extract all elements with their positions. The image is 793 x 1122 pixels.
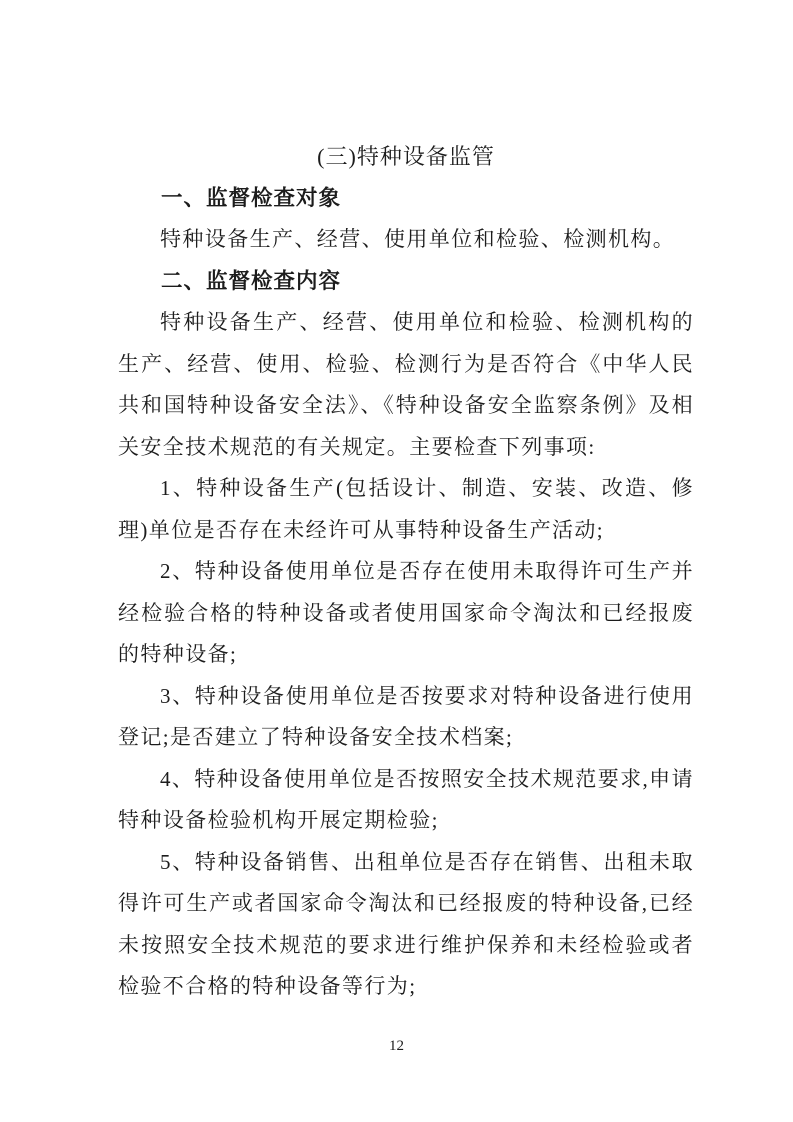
section-heading-inspection-target: 一、监督检查对象 [118,178,694,220]
paragraph-inspection-target: 特种设备生产、经营、使用单位和检验、检测机构。 [118,219,694,261]
section-heading-inspection-content: 二、监督检查内容 [118,261,694,303]
document-title: (三)特种设备监管 [118,136,694,178]
page-number: 12 [0,1036,793,1056]
document-content: (三)特种设备监管 一、监督检查对象 特种设备生产、经营、使用单位和检验、检测机… [118,136,694,1008]
document-page: (三)特种设备监管 一、监督检查对象 特种设备生产、经营、使用单位和检验、检测机… [0,0,793,1122]
list-item-2: 2、特种设备使用单位是否存在使用未取得许可生产并经检验合格的特种设备或者使用国家… [118,551,694,676]
paragraph-inspection-content-intro: 特种设备生产、经营、使用单位和检验、检测机构的生产、经营、使用、检验、检测行为是… [118,302,694,468]
list-item-5: 5、特种设备销售、出租单位是否存在销售、出租未取得许可生产或者国家命令淘汰和已经… [118,842,694,1008]
list-item-4: 4、特种设备使用单位是否按照安全技术规范要求,申请特种设备检验机构开展定期检验; [118,759,694,842]
list-item-1: 1、特种设备生产(包括设计、制造、安装、改造、修理)单位是否存在未经许可从事特种… [118,468,694,551]
list-item-3: 3、特种设备使用单位是否按要求对特种设备进行使用登记;是否建立了特种设备安全技术… [118,676,694,759]
